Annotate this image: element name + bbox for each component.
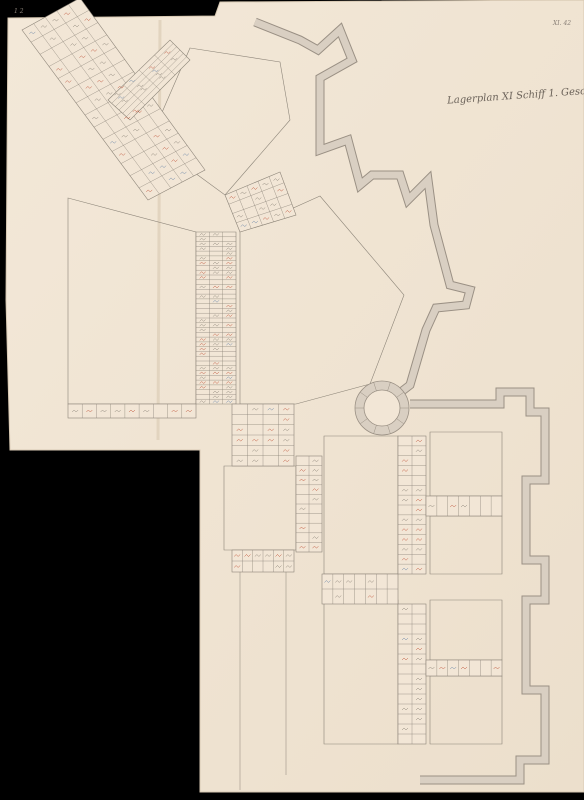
floor-plan-drawing	[0, 0, 584, 800]
cell-block-5	[398, 436, 426, 574]
tower-inner-court	[364, 390, 400, 426]
cell-block-1	[232, 404, 294, 466]
cell-block-3	[232, 550, 294, 572]
corner-mark: 1 2	[14, 8, 24, 15]
cell-block-2	[296, 456, 322, 552]
cell-block-4	[322, 574, 398, 604]
round-tower	[355, 381, 409, 435]
sheet-number: XI. 42	[553, 20, 571, 27]
cell-block-7	[398, 604, 426, 744]
